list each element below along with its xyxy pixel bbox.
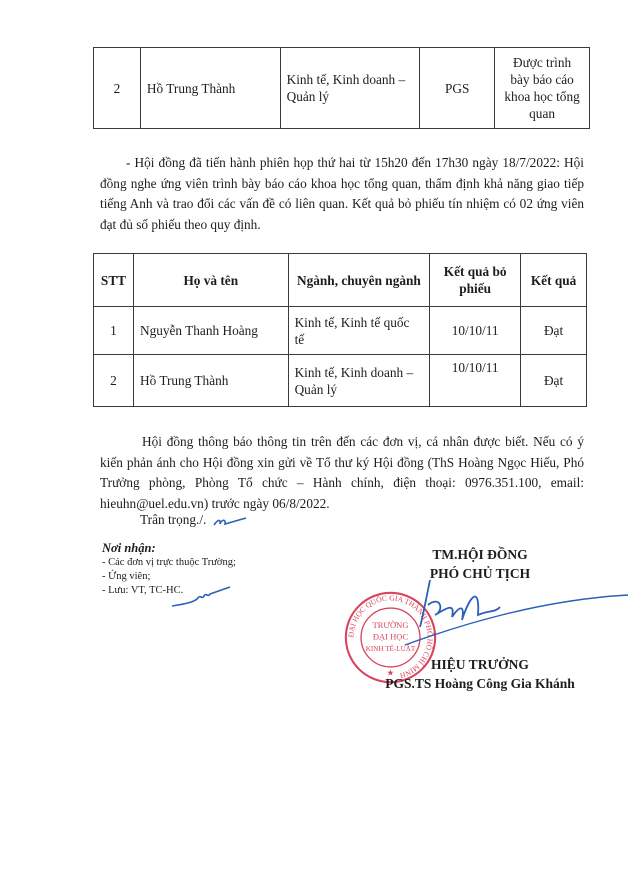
note-line: quan	[529, 106, 555, 121]
field-cell: Kinh tế, Kinh tế quốctế	[288, 307, 430, 355]
recipient-item: - Ứng viên;	[102, 570, 236, 584]
title-cell: PGS	[420, 48, 495, 129]
notice-paragraph: Hội đồng thông báo thông tin trên đến cá…	[100, 432, 584, 514]
note-line: Được trình	[513, 55, 571, 70]
header-votes-line: phiếu	[459, 281, 491, 296]
recipients-title: Nơi nhận:	[102, 540, 236, 556]
votes-cell: 10/10/11	[430, 307, 521, 355]
name-cell: Nguyễn Thanh Hoàng	[133, 307, 288, 355]
header-field: Ngành, chuyên ngành	[288, 254, 430, 307]
table-row: 2 Hồ Trung Thành Kinh tế, Kinh doanh –Qu…	[94, 48, 590, 129]
field-line: Kinh tế, Kinh tế quốc	[295, 315, 410, 330]
table-row: 2 Hồ Trung Thành Kinh tế, Kinh doanh –Qu…	[94, 355, 587, 407]
header-result: Kết quả	[521, 254, 587, 307]
header-name: Họ và tên	[133, 254, 288, 307]
header-stt: STT	[94, 254, 134, 307]
signer-position: HIỆU TRƯỞNG	[360, 655, 600, 674]
candidate-table-continued: 2 Hồ Trung Thành Kinh tế, Kinh doanh –Qu…	[93, 47, 590, 129]
note-line: khoa học tổng	[504, 89, 579, 104]
recipient-item: - Các đơn vị trực thuộc Trường;	[102, 556, 236, 570]
closing-text: Trân trọng./.	[140, 512, 206, 528]
initials-signature-icon	[212, 515, 248, 529]
table-header-row: STT Họ và tên Ngành, chuyên ngành Kết qu…	[94, 254, 587, 307]
signer-name: PGS.TS Hoàng Công Gia Khánh	[360, 674, 600, 693]
field-line: Kinh tế, Kinh doanh –	[295, 365, 414, 380]
signature-footer: HIỆU TRƯỞNG PGS.TS Hoàng Công Gia Khánh	[360, 655, 600, 693]
result-cell: Đạt	[521, 355, 587, 407]
stt-cell: 2	[94, 48, 141, 129]
field-cell: Kinh tế, Kinh doanh –Quản lý	[280, 48, 420, 129]
signature-icon	[400, 565, 630, 665]
stt-cell: 1	[94, 307, 134, 355]
field-line: tế	[295, 332, 305, 347]
field-line: Quản lý	[295, 382, 337, 397]
header-votes-line: Kết quả bỏ	[444, 264, 507, 279]
stt-cell: 2	[94, 355, 134, 407]
result-cell: Đạt	[521, 307, 587, 355]
field-line: Quản lý	[287, 89, 329, 104]
meeting-paragraph: - Hội đồng đã tiến hành phiên họp thứ ha…	[100, 153, 584, 235]
name-cell: Hồ Trung Thành	[133, 355, 288, 407]
signature-line: TM.HỘI ĐỒNG	[360, 545, 600, 564]
field-line: Kinh tế, Kinh doanh –	[287, 72, 406, 87]
table-row: 1 Nguyễn Thanh Hoàng Kinh tế, Kinh tế qu…	[94, 307, 587, 355]
initials-signature-icon	[170, 586, 232, 610]
name-cell: Hồ Trung Thành	[140, 48, 280, 129]
votes-cell: 10/10/11	[430, 355, 521, 407]
field-cell: Kinh tế, Kinh doanh –Quản lý	[288, 355, 430, 407]
header-votes: Kết quả bỏphiếu	[430, 254, 521, 307]
note-line: bày báo cáo	[510, 72, 574, 87]
results-table: STT Họ và tên Ngành, chuyên ngành Kết qu…	[93, 253, 587, 407]
note-cell: Được trình bày báo cáo khoa học tổng qua…	[495, 48, 590, 129]
